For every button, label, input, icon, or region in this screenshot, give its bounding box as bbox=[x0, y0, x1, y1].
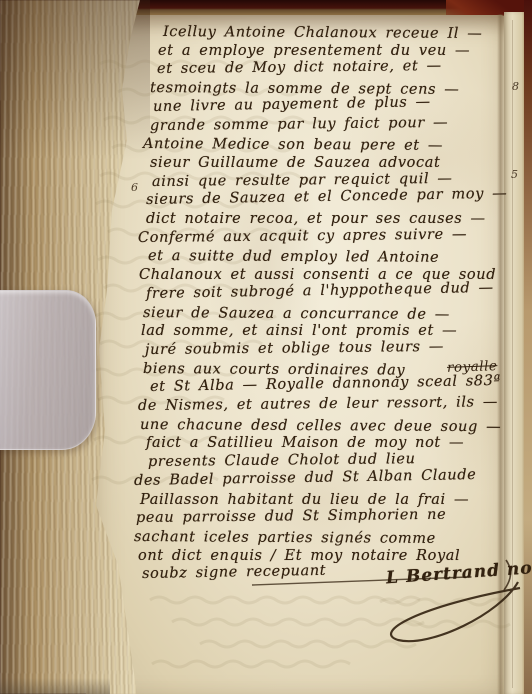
manuscript-line: presents Claude Cholot dud lieu bbox=[148, 451, 416, 470]
manuscript-line: lad somme, et ainsi l'ont promis et — bbox=[141, 323, 457, 339]
manuscript-line: ont dict enquis / Et moy notaire Royal bbox=[138, 548, 460, 564]
manuscript-line: et sceu de Moy dict notaire, et — bbox=[157, 58, 442, 77]
manuscript-line: Antoine Medice son beau pere et — bbox=[143, 136, 443, 154]
struck-word: royalle bbox=[447, 358, 498, 376]
margin-mark: 6 bbox=[131, 181, 138, 194]
manuscript-line: sieur Guillaume de Sauzea advocat bbox=[150, 155, 440, 171]
manuscript-line: et a employe presentement du veu — bbox=[158, 43, 470, 59]
margin-mark: 5 bbox=[511, 168, 518, 181]
manuscript-line: sachant iceles parties signés comme bbox=[134, 529, 436, 547]
manuscript-line: faict a Satillieu Maison de moy not — bbox=[146, 435, 464, 451]
manuscript-line: Paillasson habitant du lieu de la frai — bbox=[140, 492, 469, 508]
manuscript-line: peau parroisse dud St Simphorien ne bbox=[136, 507, 446, 526]
manuscript-line: dict notaire recoa, et pour ses causes — bbox=[146, 211, 486, 227]
manuscript-line: une livre au payement de plus — bbox=[153, 94, 431, 115]
manuscript-line: Icelluy Antoine Chalanoux receue Il — bbox=[163, 24, 482, 42]
manuscript-line: de Nismes, et autres de leur ressort, il… bbox=[138, 394, 498, 414]
manuscript-line: des Badel parroisse dud St Alban Claude bbox=[134, 467, 477, 489]
manuscript-line: soubz signe recepuant bbox=[142, 563, 326, 582]
manuscript-line: une chacune desd celles avec deue soug — bbox=[140, 417, 501, 435]
manuscript-photo: Icelluy Antoine Chalanoux receue Il —et … bbox=[0, 0, 532, 694]
page-weight bbox=[0, 290, 96, 450]
manuscript-line: Confermé aux acquit cy apres suivre — bbox=[138, 226, 467, 245]
margin-mark: 8 bbox=[512, 80, 519, 93]
manuscript-line: juré soubmis et oblige tous leurs — bbox=[145, 339, 444, 358]
manuscript-line: et a suitte dud employ led Antoine bbox=[148, 248, 439, 266]
manuscript-line: sieur de Sauzea a concurrance de — bbox=[143, 305, 450, 323]
manuscript-line: grande somme par luy faict pour — bbox=[150, 114, 448, 133]
